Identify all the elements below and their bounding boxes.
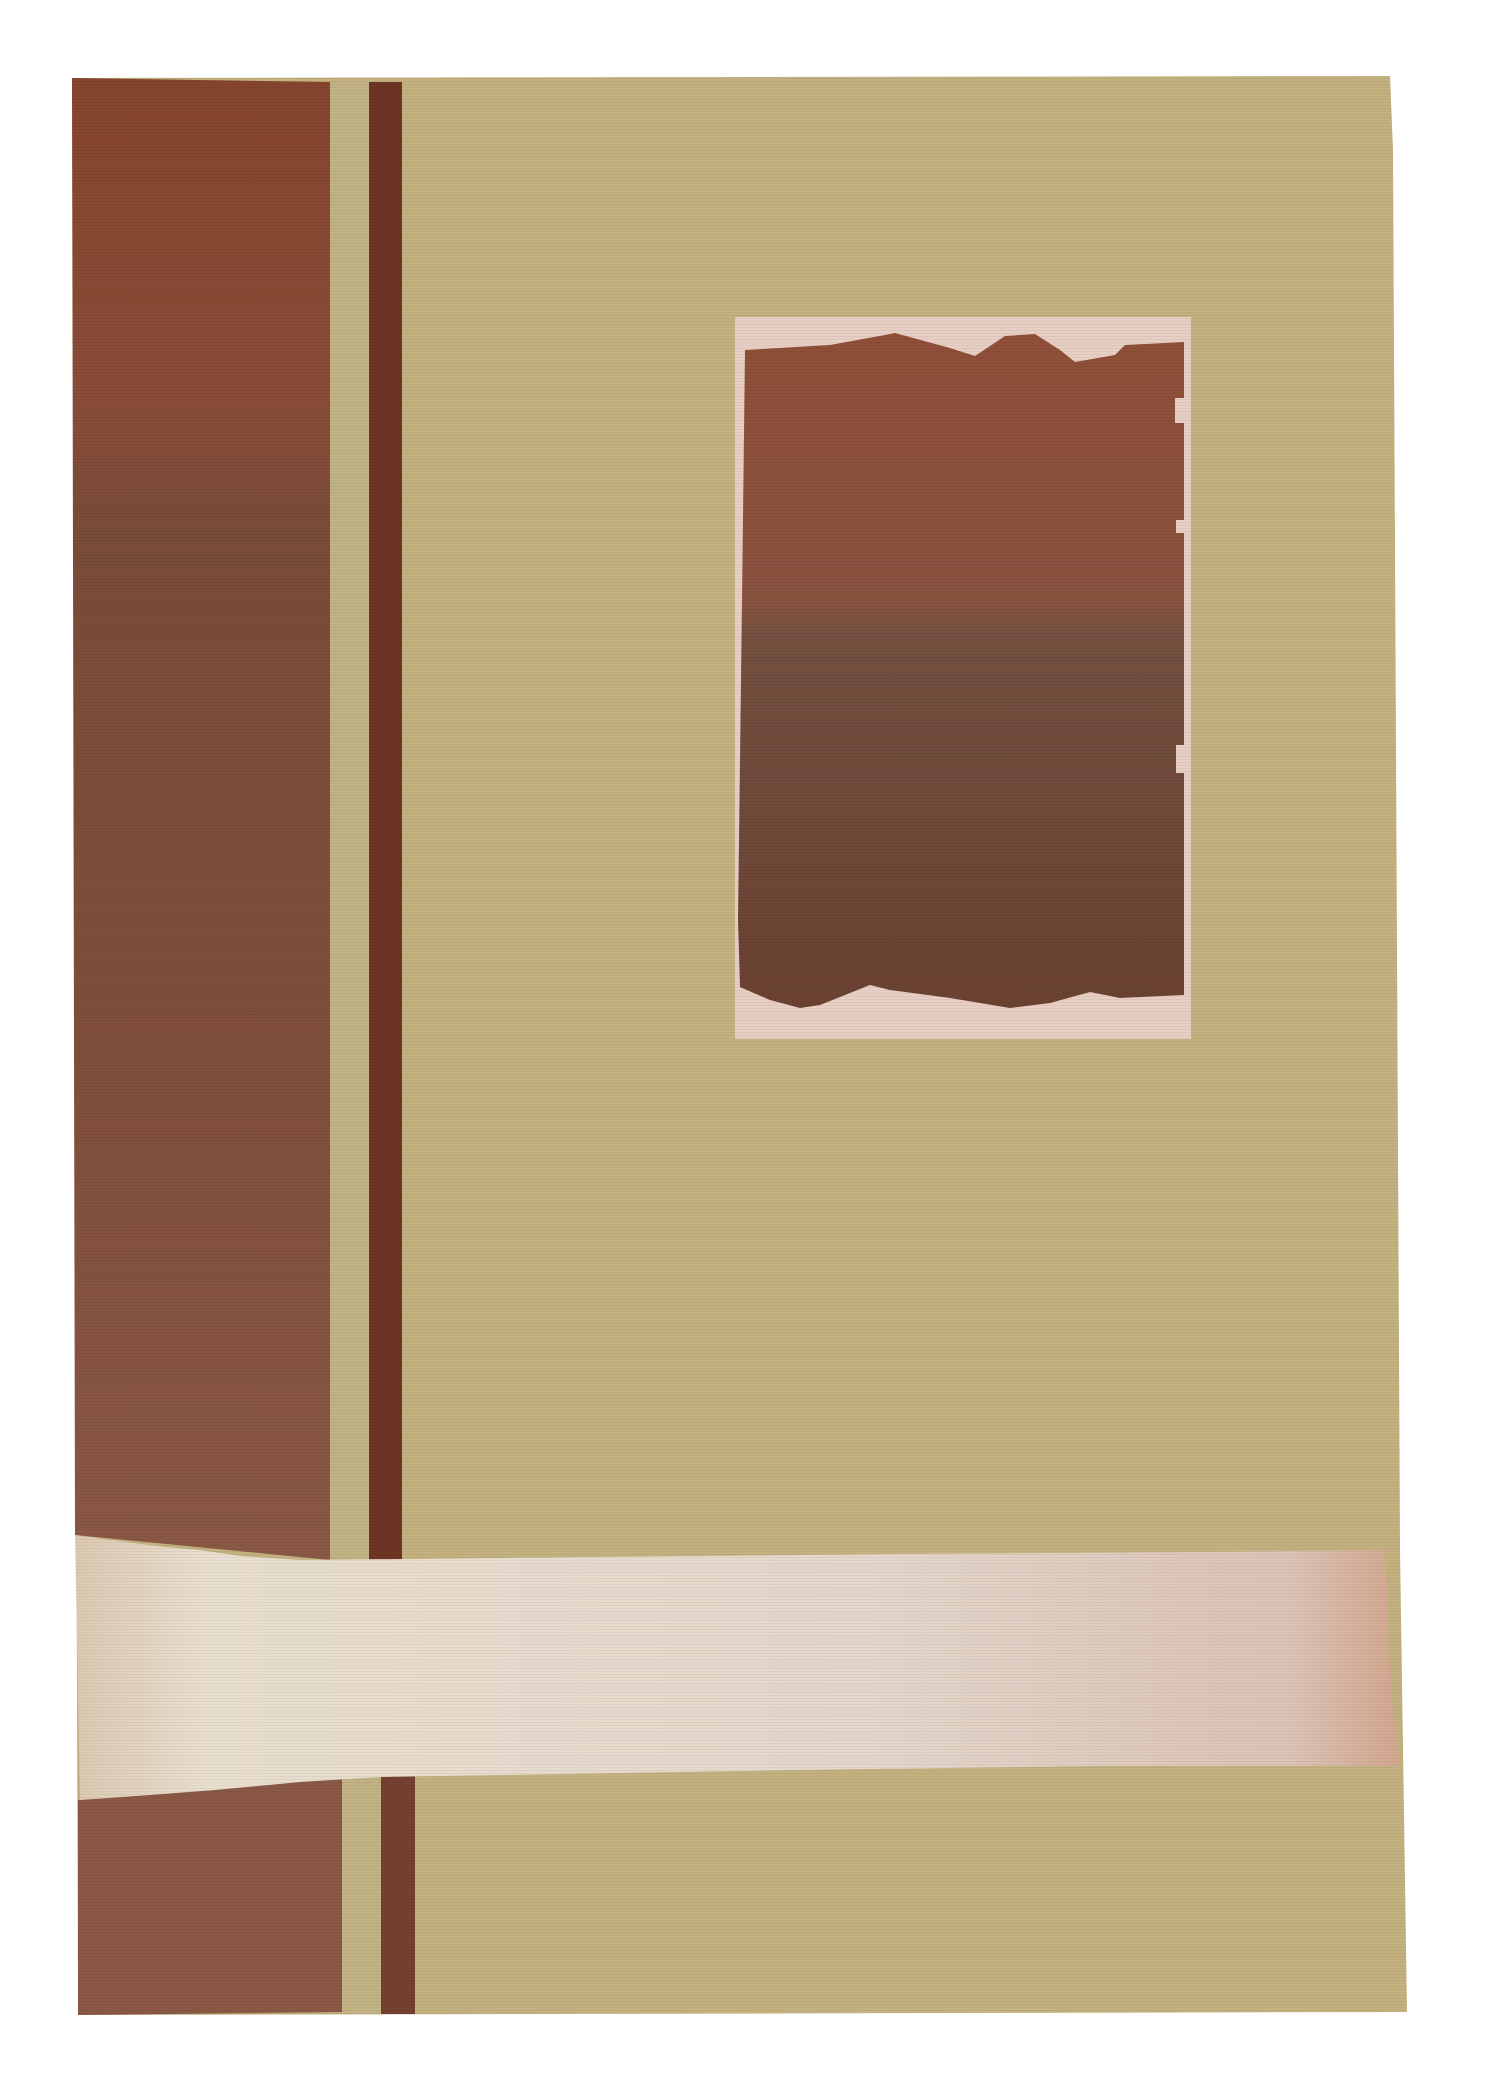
pile-texture [72,76,1407,2015]
rug-photo [0,0,1500,2090]
